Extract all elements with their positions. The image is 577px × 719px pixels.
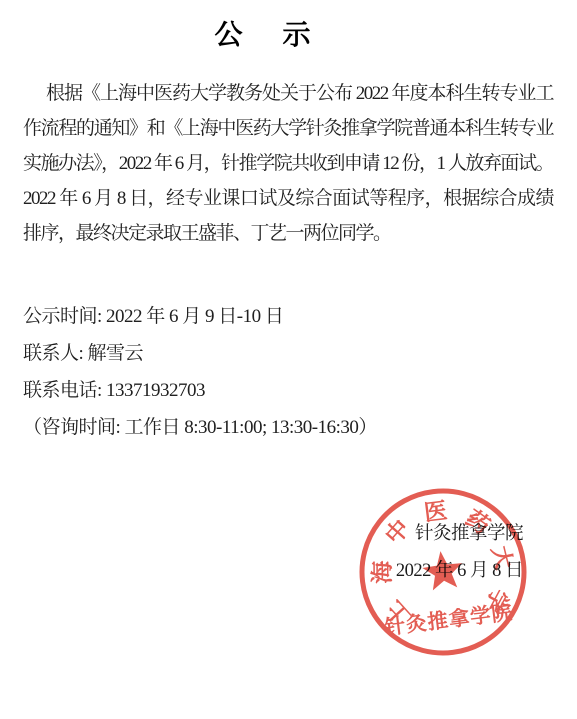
signature-date: 2022 年 6 月 8 日 (396, 553, 523, 590)
announcement-body: 根据《上海中医药大学教务处关于公布 2022 年度本科生转专业工 作流程的通知》… (23, 76, 553, 251)
body-line: 排序，最终决定录取王盛菲、丁艺一两位同学。 (23, 216, 553, 251)
contact-person-line: 联系人: 解雪云 (23, 335, 377, 372)
seal-arc-char: 学 (480, 584, 514, 617)
publicity-period-line: 公示时间: 2022 年 6 月 9 日-10 日 (23, 298, 377, 335)
seal-bottom-text: 针灸推拿学院 (383, 600, 514, 640)
body-line: 实施办法》，2022 年 6 月，针推学院共收到申请 12 份，1 人放弃面试。 (23, 146, 553, 181)
signature-block: 针灸推拿学院 2022 年 6 月 8 日 (396, 516, 523, 589)
body-line: 2022 年 6 月 8 日，经专业课口试及综合面试等程序，根据综合成绩 (23, 181, 553, 216)
seal-arc-char: 海 (369, 560, 395, 584)
signature-department: 针灸推拿学院 (396, 516, 523, 553)
page-title: 公 示 (0, 13, 554, 53)
body-line: 根据《上海中医药大学教务处关于公布 2022 年度本科生转专业工 (23, 76, 553, 111)
seal-arc-char: 上 (381, 596, 415, 630)
announcement-document: 公 示 根据《上海中医药大学教务处关于公布 2022 年度本科生转专业工 作流程… (0, 0, 577, 719)
consultation-hours-line: （咨询时间: 工作日 8:30-11:00; 13:30-16:30） (23, 409, 377, 446)
body-line: 作流程的通知》和《上海中医药大学针灸推拿学院普通本科生转专业 (23, 111, 553, 146)
contact-phone-line: 联系电话: 13371932703 (23, 372, 377, 409)
contact-block: 公示时间: 2022 年 6 月 9 日-10 日 联系人: 解雪云 联系电话:… (23, 298, 377, 446)
